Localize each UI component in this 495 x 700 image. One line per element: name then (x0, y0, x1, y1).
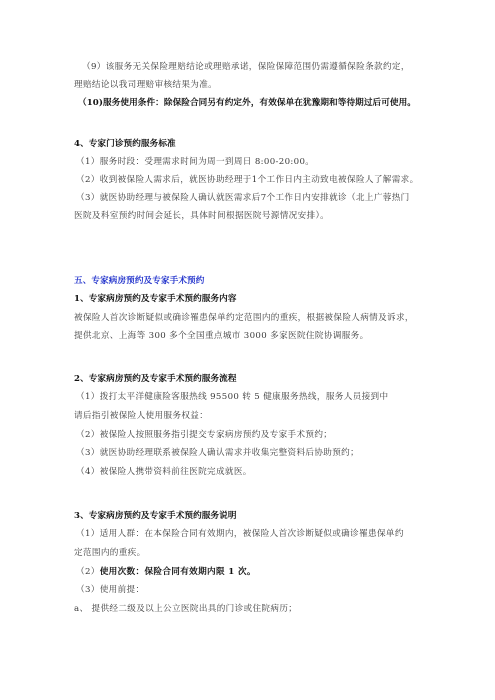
paragraph-line: （9）该服务无关保险理赔结论或理赔承诺，保险保障范围仍需遵循保险条款约定， (82, 62, 410, 73)
section-title: 五、专家病房预约及专家手术预约 (74, 276, 204, 287)
subsection-heading: 4、专家门诊预约服务标准 (74, 139, 176, 150)
paragraph-line: 被保险人首次诊断疑似或确诊罹患保单约定范围内的重疾，根据被保险人病情及诉求， (74, 313, 414, 324)
bold-usage-limit: 使用次数：保险合同有效期内限 1 次。 (100, 567, 256, 577)
list-marker: （2） (76, 567, 100, 577)
paragraph-line: （3）使用前提： (76, 585, 144, 596)
paragraph-line: 定范围内的重疾。 (74, 548, 146, 559)
subsection-heading: 1、专家病房预约及专家手术预约服务内容 (74, 294, 237, 305)
paragraph-line: （2）收到被保险人需求后，就医协助经理于1个工作日内主动致电被保险人了解需求。 (76, 175, 419, 186)
paragraph-line: 医院及科室预约时间会延长，具体时间根据医院号源情况安排）。 (74, 211, 329, 222)
paragraph-line: 理赔结论以我司理赔审核结果为准。 (74, 80, 217, 91)
paragraph-line: （2）被保险人按照服务指引提交专家病房预约及专家手术预约； (76, 430, 332, 441)
paragraph-line: 提供北京、上海等 300 多个全国重点城市 3000 多家医院住院协调服务。 (74, 331, 369, 342)
paragraph-line: a、 提供经二级及以上公立医院出具的门诊或住院病历； (74, 604, 297, 615)
paragraph-line: （3）就医协助经理联系被保险人确认需求并收集完整资料后协助预约； (76, 448, 359, 459)
subsection-heading: 2、专家病房预约及专家手术预约服务流程 (74, 374, 237, 385)
paragraph-line: （1）适用人群：在本保险合同有效期内，被保险人首次诊断疑似或确诊罹患保单约 (76, 529, 404, 540)
document-page: （9）该服务无关保险理赔结论或理赔承诺，保险保障范围仍需遵循保险条款约定， 理赔… (0, 0, 495, 700)
paragraph-line: （1）服务时段：受理需求时间为周一到周日 8:00-20:00。 (76, 157, 314, 168)
subsection-heading: 3、专家病房预约及专家手术预约服务说明 (74, 511, 237, 522)
paragraph-line: 请后指引被保险人使用服务权益： (74, 411, 208, 422)
paragraph-line: （4）被保险人携带资料前往医院完成就医。 (76, 467, 252, 478)
paragraph-line: （2）使用次数：保险合同有效期内限 1 次。 (76, 567, 256, 578)
paragraph-line: （1）拨打太平洋健康险客服热线 95500 转 5 健康服务热线，服务人员接到中 (76, 392, 388, 403)
bold-paragraph-line: （10)服务使用条件：除保险合同另有约定外，有效保单在犹豫期和等待期过后可使用。 (78, 98, 416, 109)
paragraph-line: （3）就医协助经理与被保险人确认就医需求后7个工作日内安排就诊（北上广蓉热门 (76, 193, 410, 204)
